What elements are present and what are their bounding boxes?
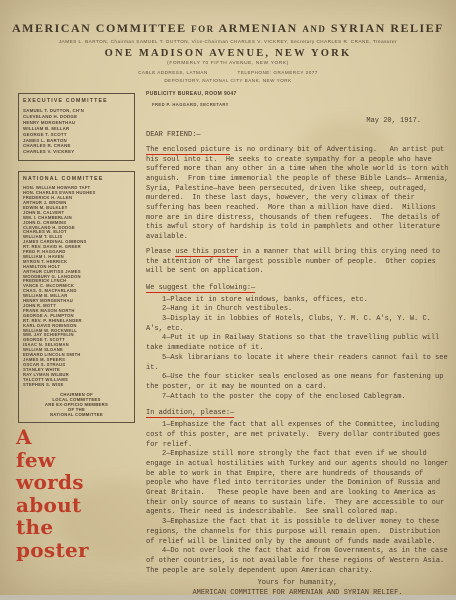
addition-item: 4—Do not overlook the fact that aid from… <box>146 547 449 576</box>
suggest-list: 1—Place it in store windows, banks, offi… <box>146 296 449 403</box>
suggest-item: 6—Use the four sticker seals enclosed as… <box>146 373 449 392</box>
addition-heading: In addition, please:— <box>146 409 449 419</box>
executive-committee-title: EXECUTIVE COMMITTEE <box>23 98 130 104</box>
suggest-item: 2—Hang it in Church vestibules. <box>146 305 449 315</box>
former-address-line: (FORMERLY 70 FIFTH AVENUE, NEW YORK) <box>0 61 456 66</box>
address-line: ONE MADISON AVENUE, NEW YORK <box>0 48 456 59</box>
addition-item: 2—Emphasize still more strongly the fact… <box>146 450 449 518</box>
red-underlined-phrase: use this poster <box>175 248 238 257</box>
publicity-secretary-line: FRED P. HAGGARD, SECRETARY <box>152 100 449 110</box>
suggest-item: 7—Attach to the poster the copy of the e… <box>146 393 449 403</box>
cable-telephone-row: CABLE ADDRESS, LATMAN TELEPHONE: GRAMERC… <box>0 70 456 75</box>
paragraph-enclosed-picture: The enclosed picture is no ordinary bit … <box>146 146 449 243</box>
suggest-item: 5—Ask librarians to locate it where thei… <box>146 354 449 373</box>
red-margin-word: words <box>16 471 89 494</box>
suggest-item: 3—Display it in lobbies of Hotels, Clubs… <box>146 315 449 334</box>
letterhead: AMERICAN COMMITTEE FOR ARMENIAN AND SYRI… <box>0 21 456 83</box>
title-for: FOR <box>191 24 215 34</box>
depository-line: DEPOSITORY, NATIONAL CITY BANK, NEW YORK <box>0 78 456 83</box>
addition-item: 1—Emphasize the fact that all expenses o… <box>146 421 449 450</box>
red-underlined-heading: We suggest the following:— <box>146 284 255 293</box>
executive-committee-list: SAMUEL T. DUTTON, CH'NCLEVELAND H. DODGE… <box>23 108 130 155</box>
committee-member: STEPHEN S. WISE <box>23 383 130 388</box>
national-committee-title: NATIONAL COMMITTEE <box>23 176 130 182</box>
title-and: AND <box>302 24 326 34</box>
committee-sidebar: EXECUTIVE COMMITTEE SAMUEL T. DUTTON, CH… <box>18 93 135 423</box>
publicity-bureau-line: PUBLICITY BUREAU, ROOM 9047 <box>146 90 449 100</box>
red-margin-word: the <box>16 516 89 539</box>
national-committee-list: HON. WILLIAM HOWARD TAFTHON. CHARLES EVA… <box>23 186 130 387</box>
red-margin-word: about <box>16 494 89 517</box>
signature-line: AMERICAN COMMITTEE FOR ARMENIAN AND SYRI… <box>146 589 449 599</box>
ex-officio-note-line: NATIONAL COMMITTEE <box>23 412 130 417</box>
cable-address: CABLE ADDRESS, LATMAN <box>138 70 208 75</box>
red-margin-word: few <box>16 449 89 472</box>
red-margin-word: poster <box>16 539 89 562</box>
paragraph-use-poster: Please use this poster in a manner that … <box>146 248 449 277</box>
red-underlined-heading: In addition, please:— <box>146 409 234 418</box>
suggest-heading: We suggest the following:— <box>146 284 449 294</box>
officers-line: JAMES L. BARTON, Chairman SAMUEL T. DUTT… <box>0 39 456 44</box>
title-part1: AMERICAN COMMITTEE <box>12 21 187 35</box>
title-part3: SYRIAN RELIEF <box>331 21 444 35</box>
letter-body: PUBLICITY BUREAU, ROOM 9047 FRED P. HAGG… <box>146 90 449 599</box>
paragraph-text: is no ordinary bit of Advertising. An ar… <box>146 146 453 241</box>
paragraph-text: Please <box>146 248 175 256</box>
salutation: DEAR FRIEND:— <box>146 131 449 141</box>
red-margin-word: A <box>16 426 89 449</box>
publicity-bureau-block: PUBLICITY BUREAU, ROOM 9047 FRED P. HAGG… <box>146 90 449 109</box>
addition-list: 1—Emphasize the fact that all expenses o… <box>146 421 449 576</box>
red-margin-note: Afewwordsabouttheposter <box>16 426 89 561</box>
ex-officio-note: CHAIRMEN OFLOCAL COMMITTEESARE EX-OFFICI… <box>23 392 130 417</box>
red-underlined-phrase: The enclosed picture <box>146 146 230 155</box>
addition-item: 3—Emphasize the fact that it is possible… <box>146 518 449 547</box>
title-part2: ARMENIAN <box>218 21 297 35</box>
closing-line: Yours for humanity, <box>146 579 449 589</box>
organization-title: AMERICAN COMMITTEE FOR ARMENIAN AND SYRI… <box>0 21 456 36</box>
letter-date: May 20, 1917. <box>146 117 449 127</box>
national-committee-box: NATIONAL COMMITTEE HON. WILLIAM HOWARD T… <box>18 171 135 423</box>
committee-member: CHARLES V. VICKREY <box>23 149 130 155</box>
suggest-item: 1—Place it in store windows, banks, offi… <box>146 296 449 306</box>
scanned-letter-page: { "colors": { "paper": "#d9cba4", "ink":… <box>0 0 456 600</box>
telephone: TELEPHONE: GRAMERCY 2077 <box>238 70 318 75</box>
executive-committee-box: EXECUTIVE COMMITTEE SAMUEL T. DUTTON, CH… <box>18 93 135 161</box>
suggest-item: 4—Put it up in Railway Stations so that … <box>146 334 449 353</box>
